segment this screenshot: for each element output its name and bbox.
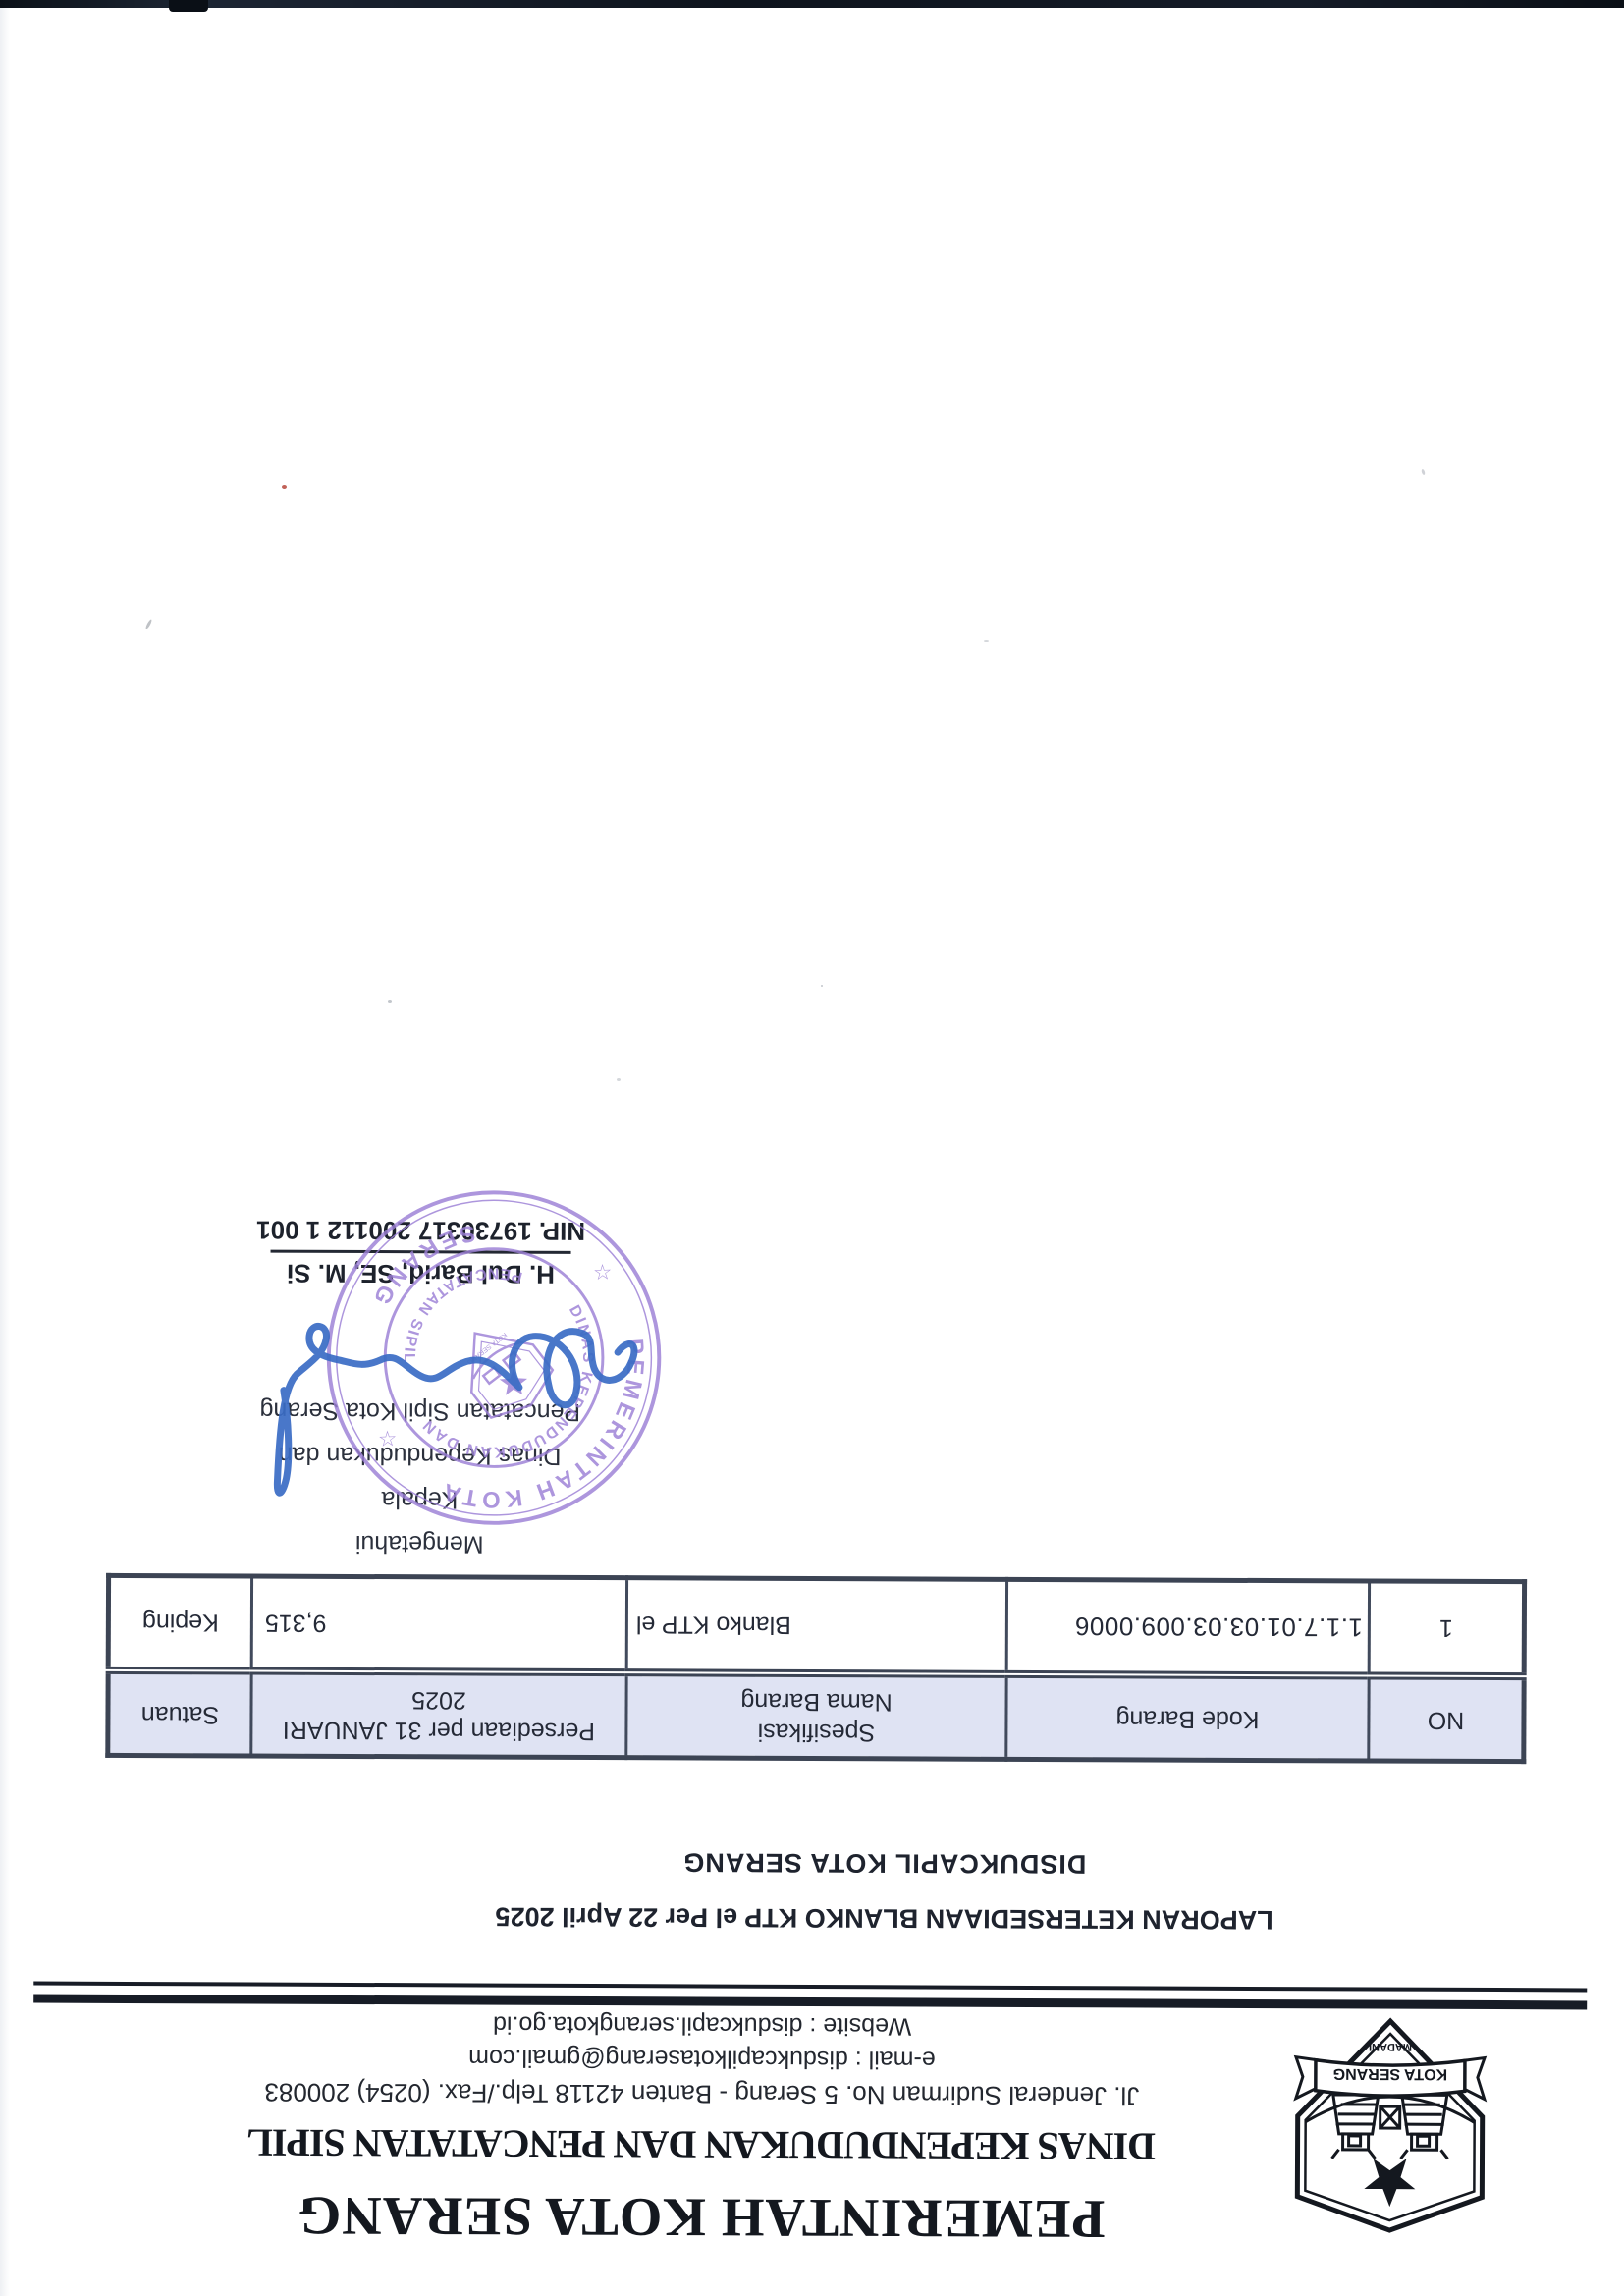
cell-stock: 9,315 xyxy=(251,1576,626,1672)
col-header-no: NO xyxy=(1369,1675,1524,1761)
letterhead-rule-thick xyxy=(33,1995,1587,2010)
col-header-stock-line1: Persediaan per 31 JANUARI xyxy=(283,1717,595,1745)
report-subtitle: DISDUKCAPIL KOTA SERANG xyxy=(148,1844,1621,1882)
cell-code: 1.1.7.01.03.03.009.0006 xyxy=(1006,1579,1369,1675)
report-title: LAPORAN KETERSEDIAAN BLANKO KTP el Per 2… xyxy=(148,1899,1621,1937)
logo-banner: KOTA SERANG MADANI xyxy=(1296,2041,1485,2100)
scanned-document-page: KOTA SERANG MADANI PEMERINTAH KOTA SERAN… xyxy=(0,0,1624,2296)
letterhead-website: Website : disdukcapil.serangkota.go.id xyxy=(108,2008,1296,2042)
dust-speck xyxy=(617,1078,621,1081)
letterhead-address: Jl. Jenderal Sudirman No. 5 Serang - Ban… xyxy=(108,2076,1296,2111)
logo-banner-text: KOTA SERANG xyxy=(1333,2065,1448,2083)
dust-speck xyxy=(388,1000,392,1003)
scanner-edge-strip xyxy=(0,0,1624,8)
col-header-stock: Persediaan per 31 JANUARI 2025 xyxy=(251,1671,626,1758)
logo-star-icon xyxy=(1364,2159,1415,2207)
letterhead-government: PEMERINTAH KOTA SERANG xyxy=(107,2183,1295,2251)
stock-table-header-row: NO Kode Barang Spesifikasi Nama Barang P… xyxy=(108,1670,1524,1762)
letterhead-agency: DINAS KEPENDUDUKAN DAN PENCATATAN SIPIL xyxy=(107,2119,1295,2170)
col-header-unit: Satuan xyxy=(108,1670,251,1756)
cell-unit: Keping xyxy=(108,1575,251,1670)
cell-no: 1 xyxy=(1369,1581,1524,1676)
letterhead-email: e-mail : disdukcapilkotaserang@gmail.com xyxy=(108,2042,1296,2075)
dust-speck xyxy=(821,985,823,987)
col-header-spec: Spesifikasi Nama Barang xyxy=(626,1672,1006,1759)
logo-motto-text: MADANI xyxy=(1369,2041,1412,2052)
table-row: 1 1.1.7.01.03.03.009.0006 Blanko KTP el … xyxy=(108,1575,1524,1676)
signature-block: Mengetahui Kepala Dinas Kependudukan dan… xyxy=(166,2293,667,2295)
col-header-spec-line1: Spesifikasi xyxy=(758,1719,876,1747)
document-content-rotated-180: KOTA SERANG MADANI PEMERINTAH KOTA SERAN… xyxy=(0,0,1624,2296)
kota-serang-logo: KOTA SERANG MADANI xyxy=(1291,2013,1489,2238)
stock-table: NO Kode Barang Spesifikasi Nama Barang P… xyxy=(105,1573,1527,1764)
col-header-spec-line2: Nama Barang xyxy=(740,1688,892,1717)
letterhead-rule-thin xyxy=(33,1982,1587,1993)
dust-speck-red xyxy=(282,485,287,489)
cell-name: Blanko KTP el xyxy=(626,1578,1006,1674)
col-header-stock-line2: 2025 xyxy=(411,1686,466,1714)
dust-speck xyxy=(984,640,989,642)
handwritten-signature xyxy=(228,1282,645,1511)
col-header-code: Kode Barang xyxy=(1006,1674,1369,1761)
